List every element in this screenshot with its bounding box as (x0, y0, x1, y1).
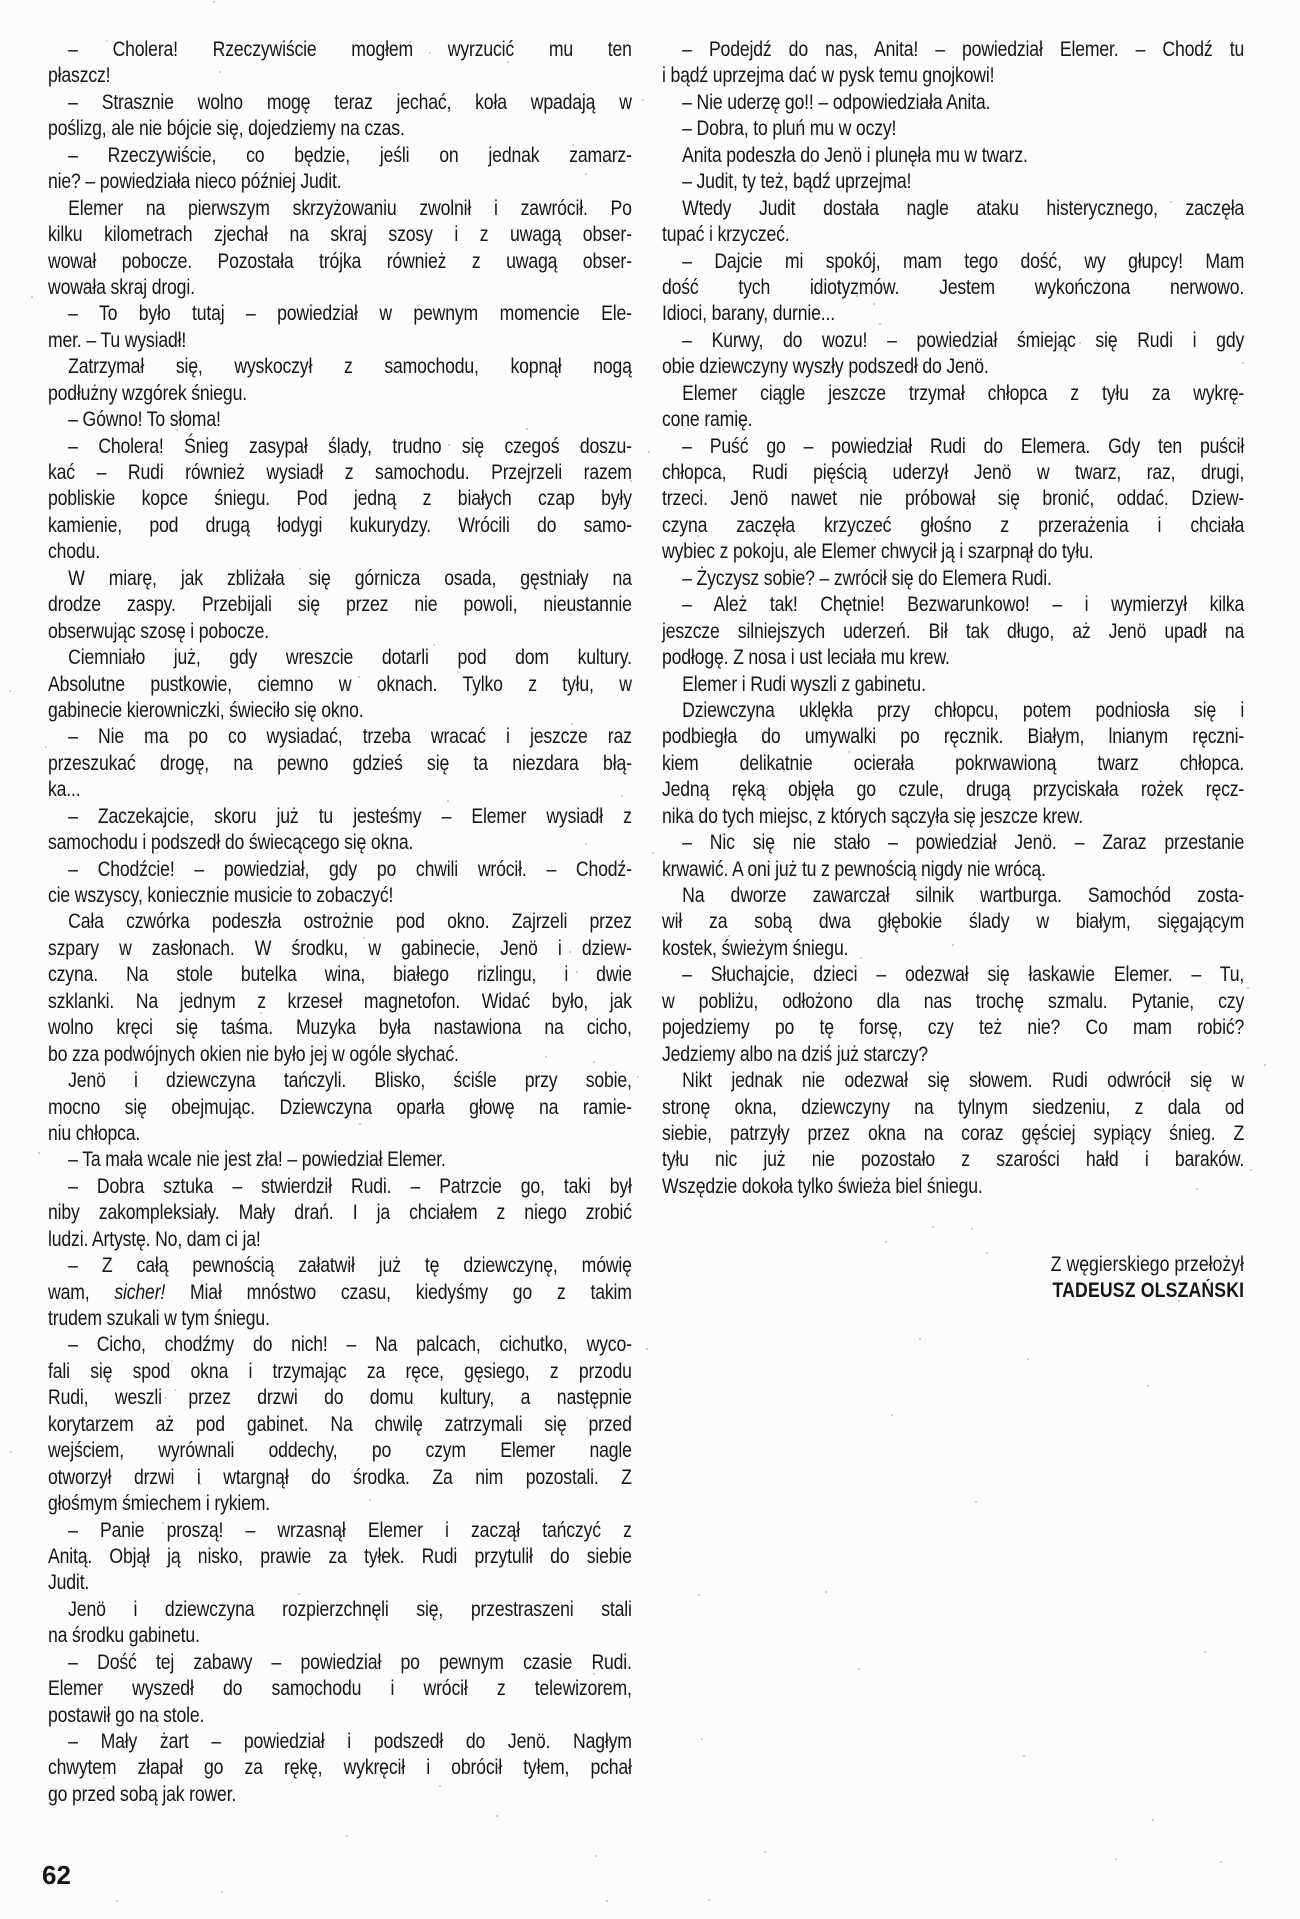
paper-speck (242, 583, 244, 585)
left-column-body: – Cholera! Rzeczywiście mogłem wyrzucić … (48, 37, 632, 1808)
paper-speck (1106, 55, 1108, 57)
paper-speck (621, 795, 623, 797)
paper-speck (919, 1338, 921, 1340)
paragraph: – Słuchajcie, dzieci – odezwał się łaska… (662, 962, 1244, 1068)
text-line: Absolutne pustkowie, ciemno w oknach. Ty… (48, 672, 632, 698)
paper-speck (110, 313, 112, 315)
paper-speck (409, 41, 411, 43)
paper-speck (766, 788, 768, 790)
paper-speck (116, 1900, 118, 1902)
text-line: Elemer wyszedł do samochodu i wrócił z t… (48, 1676, 632, 1702)
paragraph: Anita podeszła do Jenö i plunęła mu w tw… (662, 143, 1244, 169)
text-line: wił za sobą dwa głębokie ślady w białym,… (662, 909, 1244, 935)
paper-speck (585, 173, 587, 175)
paper-speck (879, 323, 881, 325)
paper-speck (576, 971, 578, 973)
text-line: – Z całą pewnością załatwił już tę dziew… (48, 1253, 632, 1279)
paragraph: – Cholera! Śnieg zasypał ślady, trudno s… (48, 434, 632, 566)
paper-speck (854, 146, 856, 148)
paper-speck (728, 935, 730, 937)
paper-speck (708, 1899, 710, 1901)
paper-speck (351, 1471, 353, 1473)
paper-speck (585, 843, 587, 845)
text-line: chodu. (48, 539, 632, 565)
paper-speck (1043, 790, 1045, 792)
paper-speck (856, 295, 858, 297)
paper-speck (213, 1, 215, 3)
paper-speck (83, 682, 85, 684)
text-line: W miarę, jak zbliżała się górnicza osada… (48, 566, 632, 592)
text-line: wolno kręci się taśma. Muzyka była nasta… (48, 1015, 632, 1041)
paper-speck (78, 1423, 80, 1425)
text-line: siebie, patrzyły przez okna na coraz gęś… (662, 1121, 1244, 1147)
text-line: Anita podeszła do Jenö i plunęła mu w tw… (662, 143, 1244, 169)
paragraph: Jenö i dziewczyna tańczyli. Blisko, ściś… (48, 1068, 632, 1147)
text-line: mocno się obejmując. Dziewczyna oparła g… (48, 1095, 632, 1121)
text-line: drodze zaspy. Przebijali się przez nie p… (48, 592, 632, 618)
text-line: Wszędzie dokoła tylko świeża biel śniegu… (662, 1174, 1244, 1200)
paper-speck (10, 1451, 12, 1453)
paper-speck (165, 1397, 167, 1399)
text-line: gabinecie kierowniczki, świeciło się okn… (48, 698, 632, 724)
paper-speck (229, 96, 231, 98)
text-line: szklanki. Na jednym z krzeseł magnetofon… (48, 989, 632, 1015)
text-line: – Nic się nie stało – powiedział Jenö. –… (662, 830, 1244, 856)
paper-speck (1204, 1651, 1206, 1653)
text-line: tyłu nic już nie pozostało z szarości ha… (662, 1147, 1244, 1173)
text-line: cie wszyscy, koniecznie musicie to zobac… (48, 883, 632, 909)
paragraph: – Dobra sztuka – stwierdził Rudi. – Patr… (48, 1174, 632, 1253)
paper-speck (496, 1815, 498, 1817)
text-line: poślizg, ale nie bójcie się, dojedziemy … (48, 116, 632, 142)
paragraph: – Zaczekajcie, skoru już tu jesteśmy – E… (48, 804, 632, 857)
text-line: – Kurwy, do wozu! – powiedział śmiejąc s… (662, 328, 1244, 354)
paper-speck (1242, 362, 1244, 364)
text-line: dość tych idiotyzmów. Jestem wykończona … (662, 275, 1244, 301)
paragraph: – Cholera! Rzeczywiście mogłem wyrzucić … (48, 37, 632, 90)
paragraph: – Rzeczywiście, co będzie, jeśli on jedn… (48, 143, 632, 196)
paper-speck (1027, 262, 1029, 264)
text-line: – Ta mała wcale nie jest zła! – powiedzi… (48, 1147, 632, 1173)
text-line: trzeci. Jenö nawet nie próbował się bron… (662, 486, 1244, 512)
paper-speck (611, 452, 613, 454)
text-line: jeszcze silniejszych uderzeń. Bił tak dł… (662, 619, 1244, 645)
text-line: – Dajcie mi spokój, mam tego dość, wy gł… (662, 249, 1244, 275)
text-line: – Rzeczywiście, co będzie, jeśli on jedn… (48, 143, 632, 169)
paper-speck (1247, 987, 1249, 989)
text-line: Cała czwórka podeszła ostrożnie pod okno… (48, 909, 632, 935)
paper-speck (67, 708, 69, 710)
text-line: – Mały żart – powiedział i podszedł do J… (48, 1729, 632, 1755)
text-line: – Puść go – powiedział Rudi do Elemera. … (662, 434, 1244, 460)
paper-speck (1023, 1755, 1025, 1757)
text-line: płaszcz! (48, 63, 632, 89)
text-line: pojedziemy po tę forsę, czy też nie? Co … (662, 1015, 1244, 1041)
paper-speck (646, 1348, 648, 1350)
paper-speck (778, 758, 780, 760)
paper-speck (1220, 1861, 1222, 1863)
paragraph: – Judit, ty też, bądź uprzejma! (662, 169, 1244, 195)
paper-speck (1196, 1188, 1198, 1190)
paper-speck (507, 61, 509, 63)
paper-speck (764, 1851, 766, 1853)
text-line: podłużny wzgórek śniegu. (48, 381, 632, 407)
text-line: niby zakompleksiały. Mały drań. I ja chc… (48, 1200, 632, 1226)
paper-speck (9, 690, 11, 692)
text-line: Anitą. Objął ją nisko, prawie za tyłek. … (48, 1544, 632, 1570)
paper-speck (150, 468, 152, 470)
paper-speck (783, 770, 785, 772)
text-line: Jenö i dziewczyna tańczyli. Blisko, ściś… (48, 1068, 632, 1094)
paper-speck (873, 303, 875, 305)
translator-name: TADEUSZ OLSZAŃSKI (1052, 1278, 1244, 1304)
text-line: chwytem złapał go za rękę, wykręcił i ob… (48, 1755, 632, 1781)
paper-speck (359, 1123, 361, 1125)
text-line: – Słuchajcie, dzieci – odezwał się łaska… (662, 962, 1244, 988)
paragraph: – Ależ tak! Chętnie! Bezwarunkowo! – i w… (662, 592, 1244, 671)
text-line: Nikt jednak nie odezwał się słowem. Rudi… (662, 1068, 1244, 1094)
text-line: – Podejdź do nas, Anita! – powiedział El… (662, 37, 1244, 63)
text-line: cone ramię. (662, 407, 1244, 433)
paper-speck (1147, 1385, 1149, 1387)
page-number: 62 (42, 1862, 71, 1888)
paper-speck (298, 1593, 300, 1595)
paper-speck (260, 1012, 262, 1014)
paper-speck (199, 1483, 201, 1485)
paper-speck (111, 403, 113, 405)
text-line: postawił go na stole. (48, 1703, 632, 1729)
paper-speck (429, 52, 431, 54)
paragraph: – Puść go – powiedział Rudi do Elemera. … (662, 434, 1244, 566)
paper-speck (1096, 279, 1098, 281)
paper-speck (630, 480, 632, 482)
paper-speck (648, 451, 650, 453)
paper-speck (873, 538, 875, 540)
text-line: kilku kilometrach zjechał na skraj szosy… (48, 222, 632, 248)
text-line: – Dobra sztuka – stwierdził Rudi. – Patr… (48, 1174, 632, 1200)
paragraph: – Dajcie mi spokój, mam tego dość, wy gł… (662, 249, 1244, 328)
paragraph: Ciemniało już, gdy wreszcie dotarli pod … (48, 645, 632, 724)
text-line: ludzi. Artystę. No, dam ci ja! (48, 1227, 632, 1253)
paper-speck (1152, 1819, 1154, 1821)
paper-speck (103, 1777, 105, 1779)
paper-speck (102, 1686, 104, 1688)
paper-speck (1250, 1169, 1252, 1171)
text-line: wował pobocze. Pozostała trójka również … (48, 249, 632, 275)
text-line: – Panie proszą! – wrzasnął Elemer i zacz… (48, 1518, 632, 1544)
paper-speck (156, 1725, 158, 1727)
text-line: w pobliżu, odłożono dla nas trochę szmal… (662, 989, 1244, 1015)
text-line: ka... (48, 777, 632, 803)
paragraph: Elemer na pierwszym skrzyżowaniu zwolnił… (48, 196, 632, 302)
text-line: – Dość tej zabawy – powiedział po pewnym… (48, 1650, 632, 1676)
text-line: Elemer na pierwszym skrzyżowaniu zwolnił… (48, 196, 632, 222)
paper-speck (279, 755, 281, 757)
text-line: – Dobra, to pluń mu w oczy! (662, 116, 1244, 142)
text-line: – Nie uderzę go!! – odpowiedziała Anita. (662, 90, 1244, 116)
paper-speck (986, 1252, 988, 1254)
paper-speck (570, 1608, 572, 1610)
paper-speck (595, 1855, 597, 1857)
paper-speck (524, 209, 526, 211)
paragraph: Dziewczyna uklękła przy chłopcu, potem p… (662, 698, 1244, 830)
text-line: nie? – powiedziała nieco później Judit. (48, 169, 632, 195)
text-line: kamienie, pod drugą łodygi kukurydzy. Wr… (48, 513, 632, 539)
paragraph: – Z całą pewnością załatwił już tę dziew… (48, 1253, 632, 1332)
text-line: – Cholera! Rzeczywiście mogłem wyrzucić … (48, 37, 632, 63)
text-line: Dziewczyna uklękła przy chłopcu, potem p… (662, 698, 1244, 724)
paper-speck (299, 568, 301, 570)
paper-speck (106, 40, 108, 42)
paragraph: – Mały żart – powiedział i podszedł do J… (48, 1729, 632, 1808)
paper-speck (1264, 1064, 1266, 1066)
paper-speck (348, 689, 350, 691)
paper-speck (38, 1152, 40, 1154)
text-line: kiem delikatnie ocierała pokrwawioną twa… (662, 751, 1244, 777)
text-line: wybiec z pokoju, ale Elemer chwycił ją i… (662, 539, 1244, 565)
text-line: wam, sicher! Miał mnóstwo czasu, kiedyśm… (48, 1280, 632, 1306)
paper-speck (586, 1417, 588, 1419)
paper-speck (698, 1594, 700, 1596)
paper-speck (697, 535, 699, 537)
paper-speck (593, 1673, 595, 1675)
paper-speck (1151, 797, 1153, 799)
paper-speck (825, 1591, 827, 1593)
paper-speck (1241, 623, 1243, 625)
paragraph: Wtedy Judit dostała nagle ataku histeryc… (662, 196, 1244, 249)
text-line: Elemer ciągle jeszcze trzymał chłopca z … (662, 381, 1244, 407)
paper-speck (369, 1499, 371, 1501)
text-line: – Strasznie wolno mogę teraz jechać, koł… (48, 90, 632, 116)
paper-speck (298, 1205, 300, 1207)
text-line: tupać i krzyczeć. (662, 222, 1244, 248)
paper-speck (811, 165, 813, 167)
text-line: otworzył drzwi i wtargnął do środka. Za … (48, 1465, 632, 1491)
paper-speck (545, 1056, 547, 1058)
text-line: i bądź uprzejma dać w pysk temu gnojkowi… (662, 63, 1244, 89)
paper-speck (711, 634, 713, 636)
paper-speck (171, 1360, 173, 1362)
paper-speck (1162, 1090, 1164, 1092)
text-line: kać – Rudi również wysiadł z samochodu. … (48, 460, 632, 486)
paper-speck (971, 1228, 973, 1230)
italic-word: sicher! (114, 1281, 165, 1304)
text-line: mer. – Tu wysiadł! (48, 328, 632, 354)
text-line: pobliskie kopce śniegu. Pod jedną z biał… (48, 486, 632, 512)
paragraph: Na dworze zawarczał silnik wartburga. Sa… (662, 883, 1244, 962)
text-line: niu chłopca. (48, 1121, 632, 1147)
paper-speck (1115, 1858, 1117, 1860)
paper-speck (526, 428, 528, 430)
paper-speck (858, 1668, 860, 1670)
text-line: na środku gabinetu. (48, 1623, 632, 1649)
paragraph: Elemer i Rudi wyszli z gabinetu. (662, 672, 1244, 698)
paper-speck (652, 852, 654, 854)
text-line: czyna. Na stole butelka wina, białego ri… (48, 962, 632, 988)
paper-speck (346, 1835, 348, 1837)
paragraph: – Życzysz sobie? – zwrócił się do Elemer… (662, 566, 1244, 592)
paper-speck (572, 144, 574, 146)
paper-speck (448, 444, 450, 446)
paper-speck (720, 46, 722, 48)
text-line: – Chodźcie! – powiedział, gdy po chwili … (48, 857, 632, 883)
text-line: krwawić. A oni już tu z pewnością nigdy … (662, 857, 1244, 883)
paper-speck (31, 296, 33, 298)
text-line: go przed sobą jak rower. (48, 1782, 632, 1808)
text-line: obie dziewczyny wyszły podszedł do Jenö. (662, 354, 1244, 380)
paragraph: – Nic się nie stało – powiedział Jenö. –… (662, 830, 1244, 883)
paper-speck (363, 937, 365, 939)
paper-speck (642, 99, 644, 101)
paper-speck (569, 951, 571, 953)
paper-speck (397, 1741, 399, 1743)
text-line: podbiegła do umywalki po ręcznik. Białym… (662, 724, 1244, 750)
paper-speck (571, 723, 573, 725)
paper-speck (1170, 201, 1172, 203)
text-line: – To było tutaj – powiedział w pewnym mo… (48, 301, 632, 327)
text-line: szpary w zasłonach. W środku, w gabineci… (48, 936, 632, 962)
text-line: Judit. (48, 1570, 632, 1596)
paper-speck (763, 900, 765, 902)
text-line: – Życzysz sobie? – zwrócił się do Elemer… (662, 566, 1244, 592)
paper-speck (457, 671, 459, 673)
paper-speck (1027, 1358, 1029, 1360)
paragraph: – Chodźcie! – powiedział, gdy po chwili … (48, 857, 632, 910)
paper-speck (761, 846, 763, 848)
paper-speck (1178, 1300, 1180, 1302)
paper-speck (439, 1785, 441, 1787)
text-line: czyna zaczęła krzyczeć głośno z przeraże… (662, 513, 1244, 539)
paragraph: – Kurwy, do wozu! – powiedział śmiejąc s… (662, 328, 1244, 381)
paper-speck (61, 791, 63, 793)
paper-speck (860, 957, 862, 959)
paper-speck (433, 644, 435, 646)
text-line: bo zza podwójnych okien nie było jej w o… (48, 1042, 632, 1068)
text-line: Elemer i Rudi wyszli z gabinetu. (662, 672, 1244, 698)
paragraph: – Dobra, to pluń mu w oczy! (662, 116, 1244, 142)
translator-credit-label: Z węgierskiego przełożył (1051, 1252, 1244, 1278)
paper-speck (686, 808, 688, 810)
paper-speck (1079, 342, 1081, 344)
paragraph: Zatrzymał się, wyskoczył z samochodu, ko… (48, 354, 632, 407)
paper-speck (239, 1261, 241, 1263)
text-line: obserwując szosę i pobocze. (48, 619, 632, 645)
paragraph: W miarę, jak zbliżała się górnicza osada… (48, 566, 632, 645)
text-line: Wtedy Judit dostała nagle ataku histeryc… (662, 196, 1244, 222)
paper-speck (522, 978, 524, 980)
paper-speck (302, 1419, 304, 1421)
text-line: fali się spod okna i trzymając za ręce, … (48, 1359, 632, 1385)
text-line: Ciemniało już, gdy wreszcie dotarli pod … (48, 645, 632, 671)
paragraph: Nikt jednak nie odezwał się słowem. Rudi… (662, 1068, 1244, 1200)
paper-speck (310, 1696, 312, 1698)
paper-speck (343, 454, 345, 456)
paper-speck (156, 852, 158, 854)
paragraph: – Ta mała wcale nie jest zła! – powiedzi… (48, 1147, 632, 1173)
paper-speck (952, 944, 954, 946)
text-line: – Nie ma po co wysiadać, trzeba wracać i… (48, 724, 632, 750)
text-line: Idioci, barany, durnie... (662, 301, 1244, 327)
text-line: – Zaczekajcie, skoru już tu jesteśmy – E… (48, 804, 632, 830)
text-line: Rudi, weszli przez drzwi do domu kultury… (48, 1385, 632, 1411)
paper-speck (593, 1061, 595, 1063)
paper-speck (932, 1226, 934, 1228)
paper-speck (174, 1389, 176, 1391)
paragraph: – To było tutaj – powiedział w pewnym mo… (48, 301, 632, 354)
paper-speck (965, 252, 967, 254)
paragraph: – Strasznie wolno mogę teraz jechać, koł… (48, 90, 632, 143)
paragraph: – Panie proszą! – wrzasnął Elemer i zacz… (48, 1518, 632, 1597)
text-line: – Cicho, chodźmy do nich! – Na palcach, … (48, 1332, 632, 1358)
text-line: – Ależ tak! Chętnie! Bezwarunkowo! – i w… (662, 592, 1244, 618)
right-column-body: – Podejdź do nas, Anita! – powiedział El… (662, 37, 1244, 1200)
paper-speck (975, 1501, 977, 1503)
text-line: samochodu i podszedł do świecącego się o… (48, 830, 632, 856)
paper-speck (221, 1891, 223, 1893)
text-line: Jenö i dziewczyna rozpierzchnęli się, pr… (48, 1597, 632, 1623)
paper-speck (219, 71, 221, 73)
text-line: przeszukać drogę, na pewno gdzieś się ta… (48, 751, 632, 777)
paper-speck (885, 1241, 887, 1243)
paragraph: – Dość tej zabawy – powiedział po pewnym… (48, 1650, 632, 1729)
paragraph: – Podejdź do nas, Anita! – powiedział El… (662, 37, 1244, 90)
paper-speck (100, 1690, 102, 1692)
paper-speck (1165, 507, 1167, 509)
paragraph: – Cicho, chodźmy do nich! – Na palcach, … (48, 1332, 632, 1517)
text-line: – Judit, ty też, bądź uprzejma! (662, 169, 1244, 195)
paper-speck (637, 1076, 639, 1078)
paragraph: – Nie uderzę go!! – odpowiedziała Anita. (662, 90, 1244, 116)
paper-speck (176, 429, 178, 431)
paper-speck (701, 1738, 703, 1740)
text-line: – Cholera! Śnieg zasypał ślady, trudno s… (48, 434, 632, 460)
paper-speck (579, 446, 581, 448)
paragraph: – Gówno! To słoma! (48, 407, 632, 433)
text-line: nika do tych miejsc, z których sączyła s… (662, 804, 1244, 830)
text-line: Na dworze zawarczał silnik wartburga. Sa… (662, 883, 1244, 909)
right-text-column: – Podejdź do nas, Anita! – powiedział El… (662, 37, 1244, 1200)
paper-speck (417, 305, 419, 307)
text-line: Jedziemy albo na dziś już starczy? (662, 1042, 1244, 1068)
paper-speck (606, 1900, 608, 1902)
paper-speck (420, 686, 422, 688)
paper-speck (891, 1414, 893, 1416)
paragraph: Elemer ciągle jeszcze trzymał chłopca z … (662, 381, 1244, 434)
paper-speck (107, 131, 109, 133)
paper-speck (447, 800, 449, 802)
text-line: podłogę. Z nosa i ust leciała mu krew. (662, 645, 1244, 671)
text-line: głośmym śmiechem i rykiem. (48, 1491, 632, 1517)
text-line: – Gówno! To słoma! (48, 407, 632, 433)
text-line: stronę okna, dziewczyny na tylnym siedze… (662, 1095, 1244, 1121)
text-line: Zatrzymał się, wyskoczył z samochodu, ko… (48, 354, 632, 380)
text-line: korytarzem aż pod gabinet. Na chwilę zat… (48, 1412, 632, 1438)
paragraph: Cała czwórka podeszła ostrożnie pod okno… (48, 909, 632, 1068)
text-line: Jedną ręką objęła go czule, drugą przyci… (662, 777, 1244, 803)
text-line: kostek, świeżym śniegu. (662, 936, 1244, 962)
text-line: wejściem, wyrównali oddechy, po czym Ele… (48, 1438, 632, 1464)
paper-speck (162, 1522, 164, 1524)
paper-speck (358, 676, 360, 678)
paragraph: – Nie ma po co wysiadać, trzeba wracać i… (48, 724, 632, 803)
text-line: trudem szukali w tym śniegu. (48, 1306, 632, 1332)
paper-speck (848, 751, 850, 753)
paper-speck (45, 746, 47, 748)
text-line: chłopca, Rudi pięścią uderzył Jenö w twa… (662, 460, 1244, 486)
paragraph: Jenö i dziewczyna rozpierzchnęli się, pr… (48, 1597, 632, 1650)
left-text-column: – Cholera! Rzeczywiście mogłem wyrzucić … (48, 37, 632, 1808)
text-line: wowała skraj drogi. (48, 275, 632, 301)
